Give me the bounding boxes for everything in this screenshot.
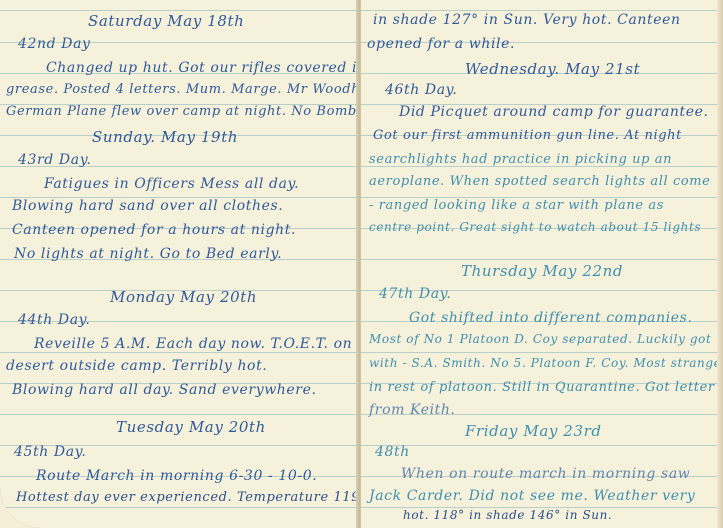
day-label: 43rd Day.: [18, 152, 91, 168]
continuation-line: opened for a while.: [367, 36, 515, 52]
date-heading: Tuesday May 20th: [116, 418, 266, 436]
date-heading: Wednesday. May 21st: [465, 60, 640, 78]
entry-line: grease. Posted 4 letters. Mum. Marge. Mr…: [6, 82, 358, 97]
entry-line: Got shifted into different companies.: [409, 310, 693, 326]
entry-line: Jack Carder. Did not see me. Weather ver…: [369, 488, 695, 504]
page-corner: [0, 488, 40, 528]
continuation-line: in shade 127° in Sun. Very hot. Canteen: [373, 12, 681, 28]
day-label: 44th Day.: [18, 312, 90, 328]
date-heading: Thursday May 22nd: [461, 262, 623, 280]
entry-line: When on route march in morning saw: [401, 466, 690, 482]
entry-line: in rest of platoon. Still in Quarantine.…: [369, 380, 715, 395]
diary-spread: Saturday May 18th 42nd Day Changed up hu…: [0, 0, 723, 528]
day-label: 46th Day.: [385, 82, 457, 98]
day-label: 42nd Day: [18, 36, 91, 52]
left-page: Saturday May 18th 42nd Day Changed up hu…: [0, 0, 358, 528]
entry-line: - ranged looking like a star with plane …: [369, 198, 664, 213]
entry-line: desert outside camp. Terribly hot.: [6, 358, 267, 374]
page-edge: [717, 0, 723, 528]
date-heading: Monday May 20th: [110, 288, 257, 306]
entry-line: from Keith.: [369, 402, 456, 418]
entry-line: German Plane flew over camp at night. No…: [6, 104, 358, 119]
entry-line: Hottest day ever experienced. Temperatur…: [16, 490, 358, 505]
date-heading: Sunday. May 19th: [92, 128, 238, 146]
entry-line: Canteen opened for a hours at night.: [12, 222, 296, 238]
right-page: in shade 127° in Sun. Very hot. Canteen …: [361, 0, 723, 528]
entry-line: Reveille 5 A.M. Each day now. T.O.E.T. o…: [34, 336, 352, 352]
entry-line: aeroplane. When spotted search lights al…: [369, 174, 710, 189]
entry-line: Got our first ammunition gun line. At ni…: [373, 128, 682, 143]
entry-line: Fatigues in Officers Mess all day.: [44, 176, 299, 192]
entry-line: Blowing hard all day. Sand everywhere.: [12, 382, 317, 398]
day-label: 45th Day.: [14, 444, 86, 460]
entry-line: Changed up hut. Got our rifles covered i…: [46, 60, 358, 76]
entry-line: Most of No 1 Platoon D. Coy separated. L…: [369, 332, 711, 346]
entry-line: centre point. Great sight to watch about…: [369, 220, 701, 234]
day-label: 47th Day.: [379, 286, 451, 302]
entry-line: searchlights had practice in picking up …: [369, 152, 672, 167]
day-label: 48th: [375, 444, 410, 460]
date-heading: Saturday May 18th: [88, 12, 244, 30]
date-heading: Friday May 23rd: [465, 422, 602, 440]
entry-line: Blowing hard sand over all clothes.: [12, 198, 283, 214]
entry-line: Route March in morning 6-30 - 10-0.: [36, 468, 317, 484]
entry-line: No lights at night. Go to Bed early.: [14, 246, 282, 262]
entry-line: hot. 118° in shade 146° in Sun.: [403, 508, 612, 522]
entry-line: with - S.A. Smith. No 5. Platoon F. Coy.…: [369, 356, 723, 370]
entry-line: Did Picquet around camp for guarantee.: [399, 104, 709, 120]
